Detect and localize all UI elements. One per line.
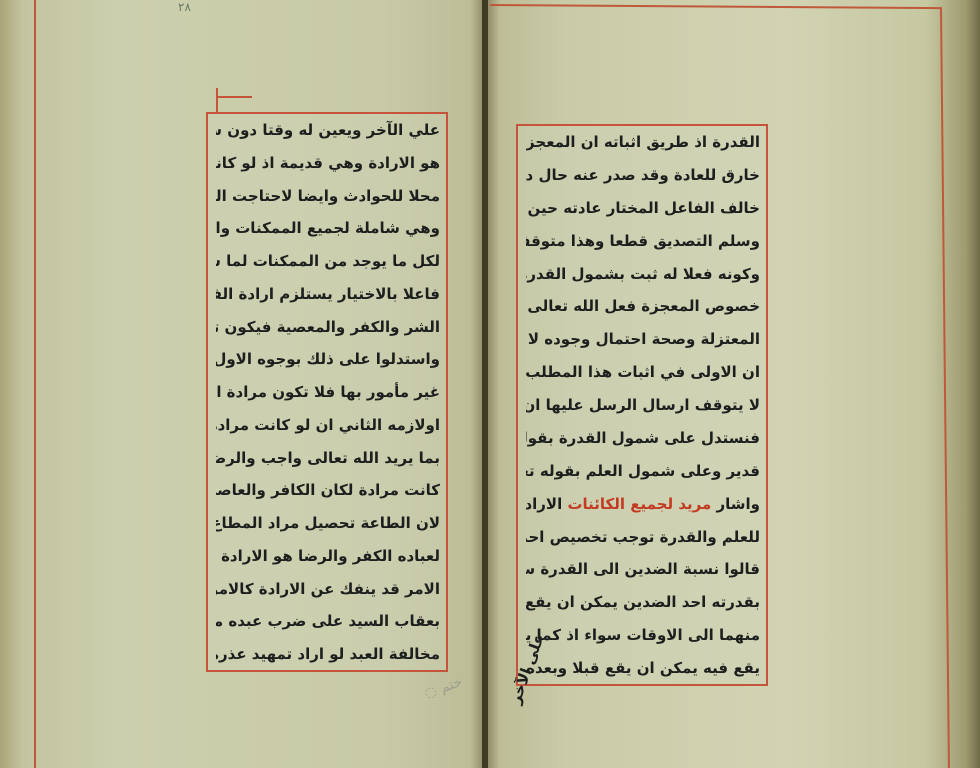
- manuscript-line: منهما الى الاوقات سواء اذ كما يمكن ان يق…: [526, 625, 760, 645]
- manuscript-line: قالوا نسبة الضدين الى القدرة سواء اذ كما…: [526, 559, 760, 579]
- manuscript-line: ان الاولى في اثبات هذا المطلب بل في سائر…: [526, 362, 760, 382]
- left-text-lines: علي الآخر ويعين له وقتا دون سائر الاوقات…: [216, 120, 440, 664]
- manuscript-line: لعباده الكفر والرضا هو الارادة الجواب عن…: [216, 546, 440, 566]
- manuscript-line: بما يريد الله تعالى واجب والرضا بالكفر ك…: [216, 448, 440, 468]
- rubric-text: مريد لجميع الكائنات: [562, 495, 711, 513]
- section-marker: [216, 88, 218, 112]
- manuscript-line: غير مأمور بها فلا تكون مرادة اذ الارادة …: [216, 382, 440, 402]
- manuscript-line: وسلم التصديق قطعا وهذا متوقف على اثبات ك…: [526, 231, 760, 251]
- manuscript-line: فاعلا بالاختيار يستلزم ارادة الفاعل ومن …: [216, 284, 440, 304]
- left-text-block: علي الآخر ويعين له وقتا دون سائر الاوقات…: [206, 112, 448, 672]
- manuscript-line: للعلم والقدرة توجب تخصيص احد المقدورين ب…: [526, 527, 760, 547]
- manuscript-line: خالف الفاعل المختار عادته حين استدعاء ال…: [526, 198, 760, 218]
- manuscript-line: كانت مرادة لكان الكافر والعاصي مطيعا بكف…: [216, 480, 440, 500]
- manuscript-line: واشار مريد لجميع الكائنات الارادة صفة مغ…: [526, 494, 760, 514]
- manuscript-line: المعتزلة وصحة احتمال وجوده لا يجدي نفعا …: [526, 329, 760, 349]
- book-gutter: [482, 0, 488, 768]
- manuscript-line: مخالفة العبد لو اراد تمهيد عذره بعصيان ا…: [216, 644, 440, 664]
- manuscript-line: الامر قد ينفك عن الارادة كالامر الاختبار…: [216, 579, 440, 599]
- manuscript-line: فنستدل على شمول القدرة بقوله تعالى وهو ع…: [526, 428, 760, 448]
- manuscript-line: لان الطاعة تحصيل مراد المطاع الرابع قوله…: [216, 513, 440, 533]
- manuscript-line: بقدرته احد الضدين يمكن ان يقع بها ضده ال…: [526, 592, 760, 612]
- manuscript-line: القدرة اذ طريق اثباته ان المعجزة فعل الل…: [526, 132, 760, 152]
- left-outer-rule: [34, 0, 36, 768]
- right-text-lines: القدرة اذ طريق اثباته ان المعجزة فعل الل…: [526, 132, 760, 678]
- folio-number: ٢٨: [178, 0, 191, 14]
- manuscript-line: محلا للحوادث وايضا لاحتاجت الى ارادة اخر…: [216, 186, 440, 206]
- manuscript-line: لا يتوقف ارسال الرسل عليها ان يتمسك بالد…: [526, 395, 760, 415]
- manuscript-line: قدير وعلى شمول العلم بقوله تعالى وهو بكل…: [526, 461, 760, 481]
- right-text-block: القدرة اذ طريق اثباته ان المعجزة فعل الل…: [516, 124, 768, 686]
- manuscript-line: اولازمه الثاني ان لو كانت مرادة لوجب الر…: [216, 415, 440, 435]
- manuscript-line: وكونه فعلا له ثبت بشمول القدرة اذ لا دلي…: [526, 264, 760, 284]
- manuscript-line: وهي شاملة لجميع الممكنات والكائنات لانه …: [216, 218, 440, 238]
- manuscript-line: خصوص المعجزة فعل الله تعالى ومقدوره وان …: [526, 296, 760, 316]
- manuscript-line: واستدلوا على ذلك بوجوه الاول ان الشرور و…: [216, 349, 440, 369]
- manuscript-line: لكل ما يوجد من الممكنات لما سبق من شمول …: [216, 251, 440, 271]
- manuscript-line: يقع فيه يمكن ان يقع قبلا وبعده فلا بد من…: [526, 658, 760, 678]
- manuscript-line: خارق للعادة وقد صدر عنه حال دعوى النبوة …: [526, 165, 760, 185]
- manuscript-line: علي الآخر ويعين له وقتا دون سائر الاوقات…: [216, 120, 440, 140]
- manuscript-line: بعقاب السيد على ضرب عبده من غير مخالفة ل…: [216, 611, 440, 631]
- manuscript-line: الشر والكفر والمعصية فيكون تعالى مريدا ل…: [216, 317, 440, 337]
- section-marker-bar: [216, 96, 252, 98]
- manuscript-line: هو الارادة وهي قديمة اذ لو كانت حادثة لز…: [216, 153, 440, 173]
